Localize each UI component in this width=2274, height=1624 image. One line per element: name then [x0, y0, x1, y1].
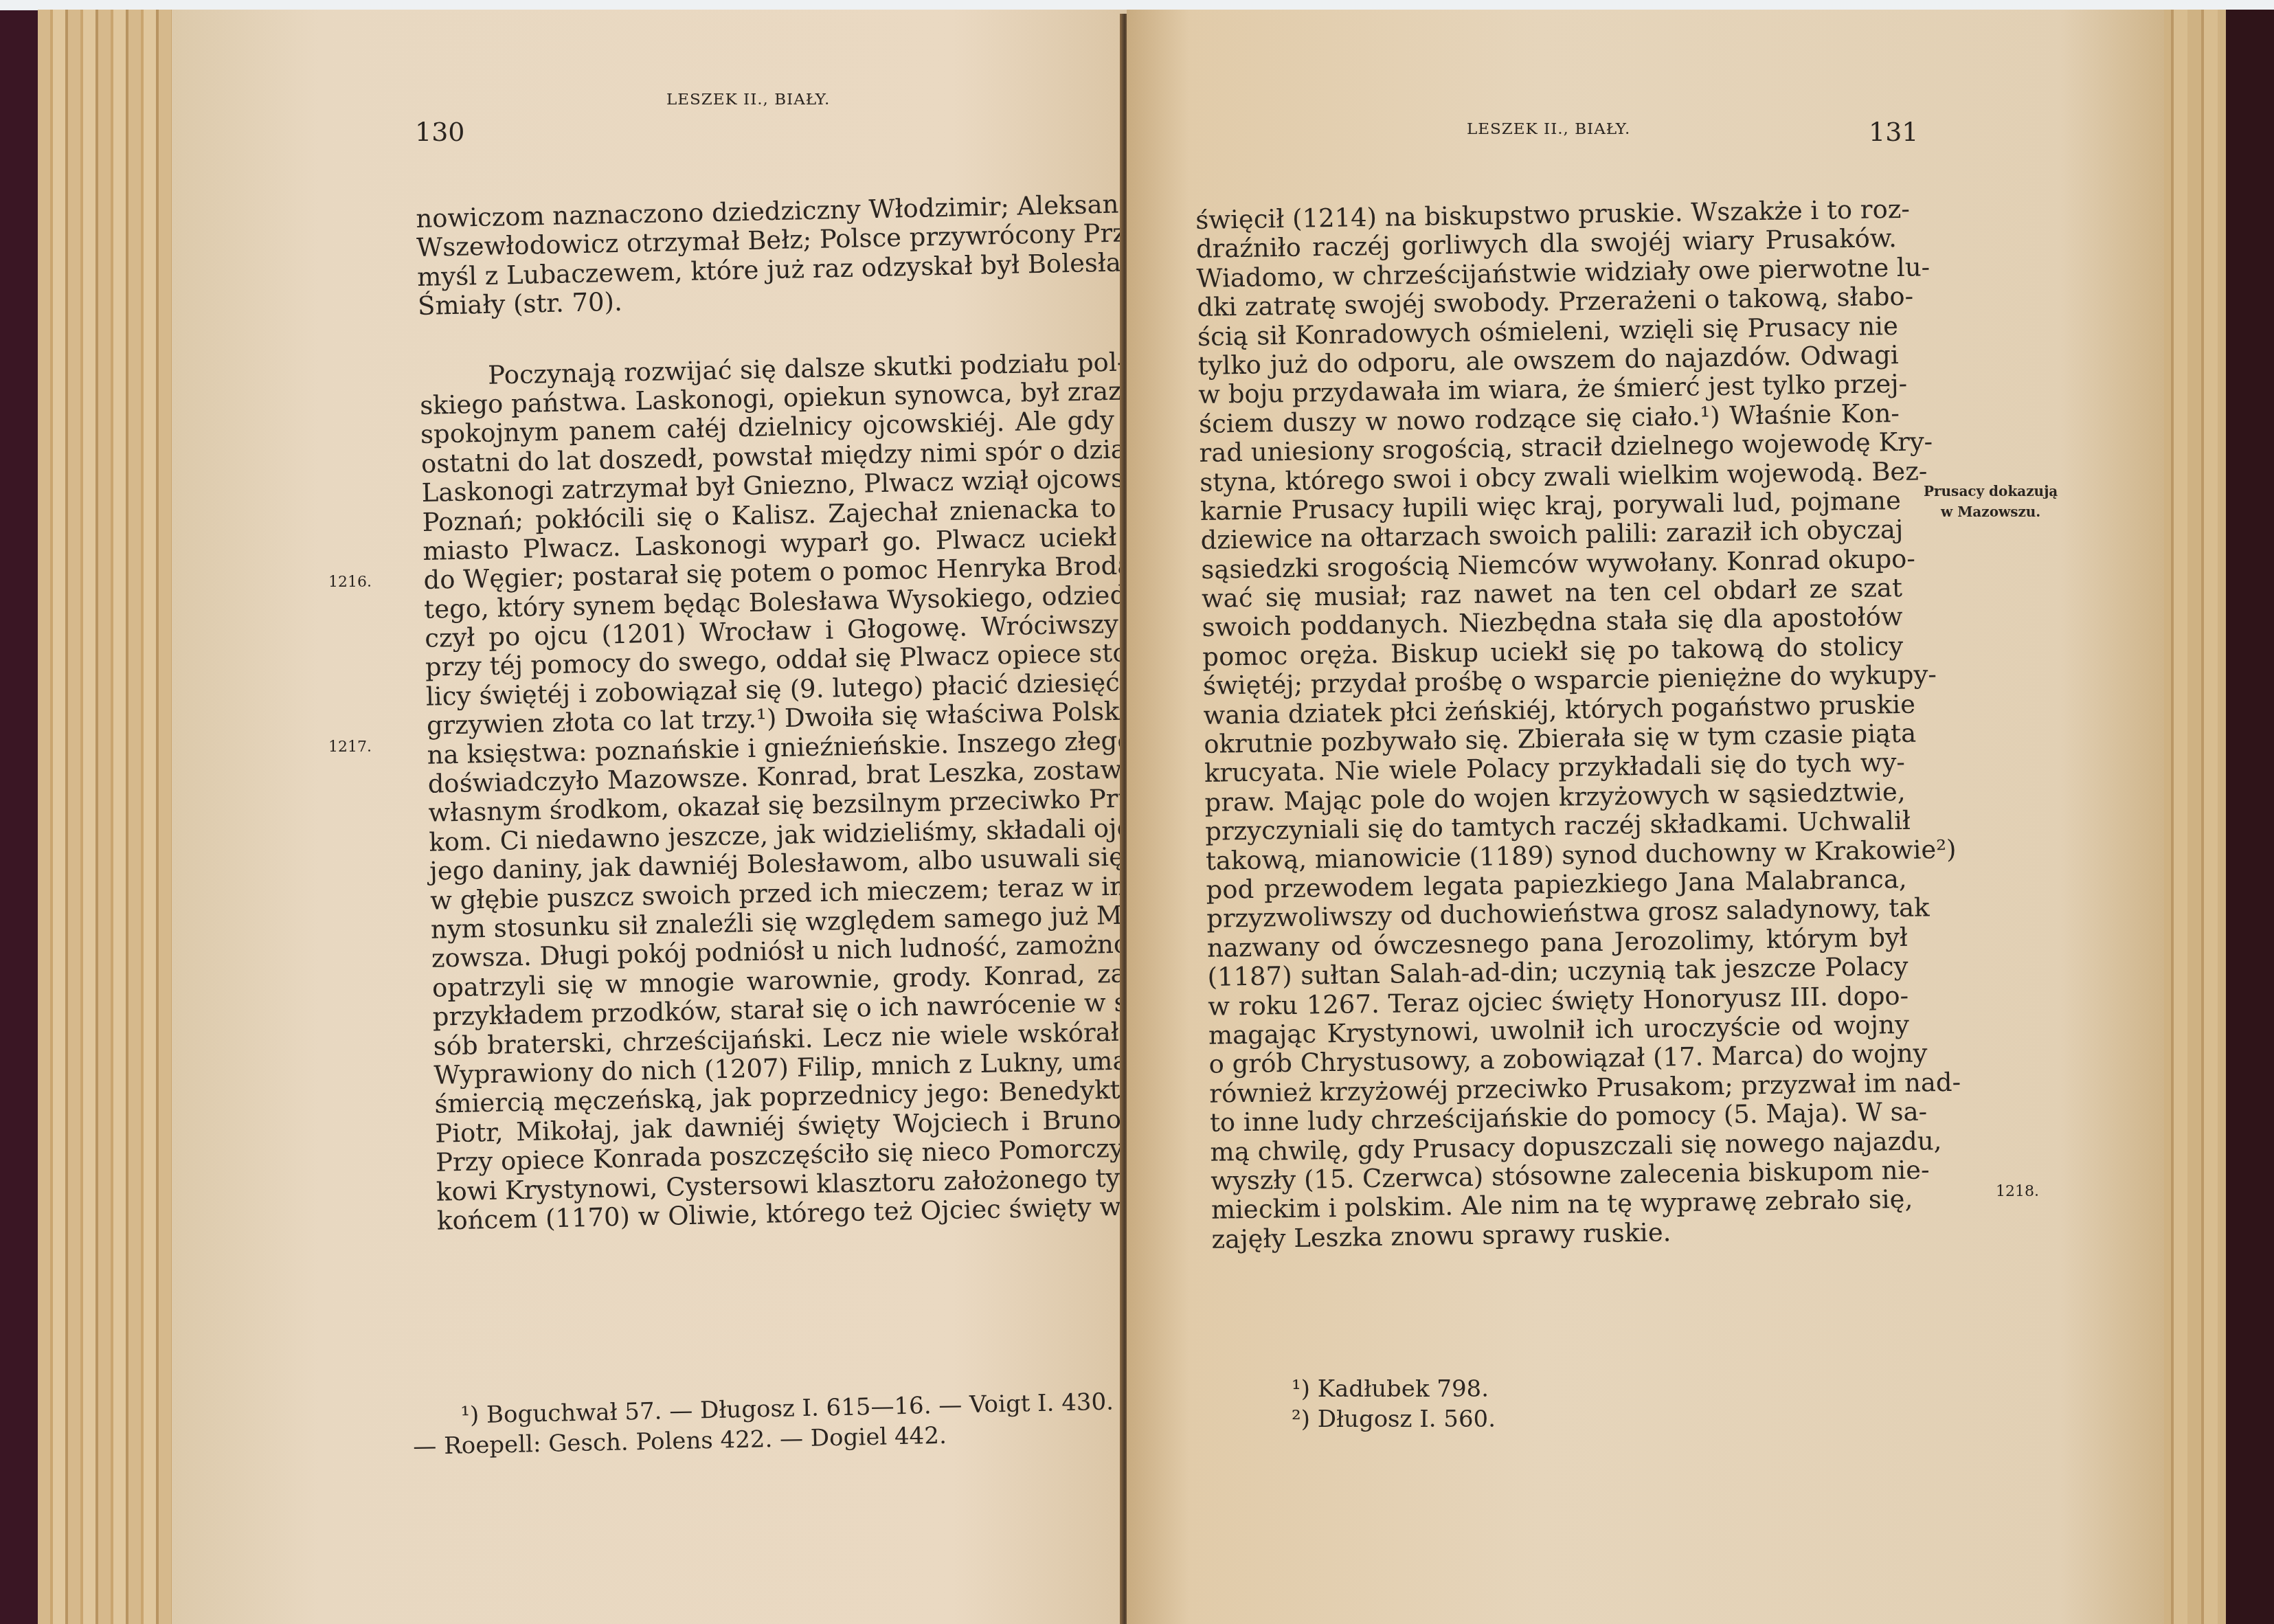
margin-year: 1217.	[328, 738, 372, 756]
running-head: LESZEK II., BIAŁY.	[1467, 120, 1630, 138]
page-number: 131	[1869, 117, 1919, 147]
marginal-note: Prusacy dokazują w Mazowszu.	[1924, 481, 2058, 522]
marginal-note-line: Prusacy dokazują	[1924, 481, 2058, 501]
footnote: ¹) Kadłubek 798.	[1292, 1374, 1704, 1404]
page-number: 130	[415, 117, 465, 147]
margin-year: 1218.	[1996, 1183, 2039, 1200]
background-strip	[0, 0, 2274, 10]
right-page: LESZEK II., BIAŁY. 131 święcił (1214) na…	[1127, 0, 2164, 1624]
body-text: nowiczom naznaczono dziedziczny Włodzimi…	[416, 190, 1131, 1236]
margin-year: 1216.	[328, 574, 372, 591]
left-page: LESZEK II., BIAŁY. 130 nowiczom naznaczo…	[172, 0, 1147, 1624]
page-edges-right	[2157, 0, 2226, 1624]
page-edges-left	[38, 7, 182, 1624]
book-cover-right	[2226, 7, 2274, 1624]
footnotes: ¹) Kadłubek 798. ²) Długosz I. 560.	[1292, 1374, 1704, 1434]
body-text: święcił (1214) na biskupstwo pruskie. Ws…	[1195, 195, 1913, 1254]
running-head: LESZEK II., BIAŁY.	[666, 91, 830, 109]
footnotes: ¹) Boguchwał 57. — Długosz I. 615—16. — …	[412, 1387, 1114, 1462]
marginal-note-line: w Mazowszu.	[1924, 501, 2058, 522]
footnote: ²) Długosz I. 560.	[1292, 1404, 1704, 1434]
